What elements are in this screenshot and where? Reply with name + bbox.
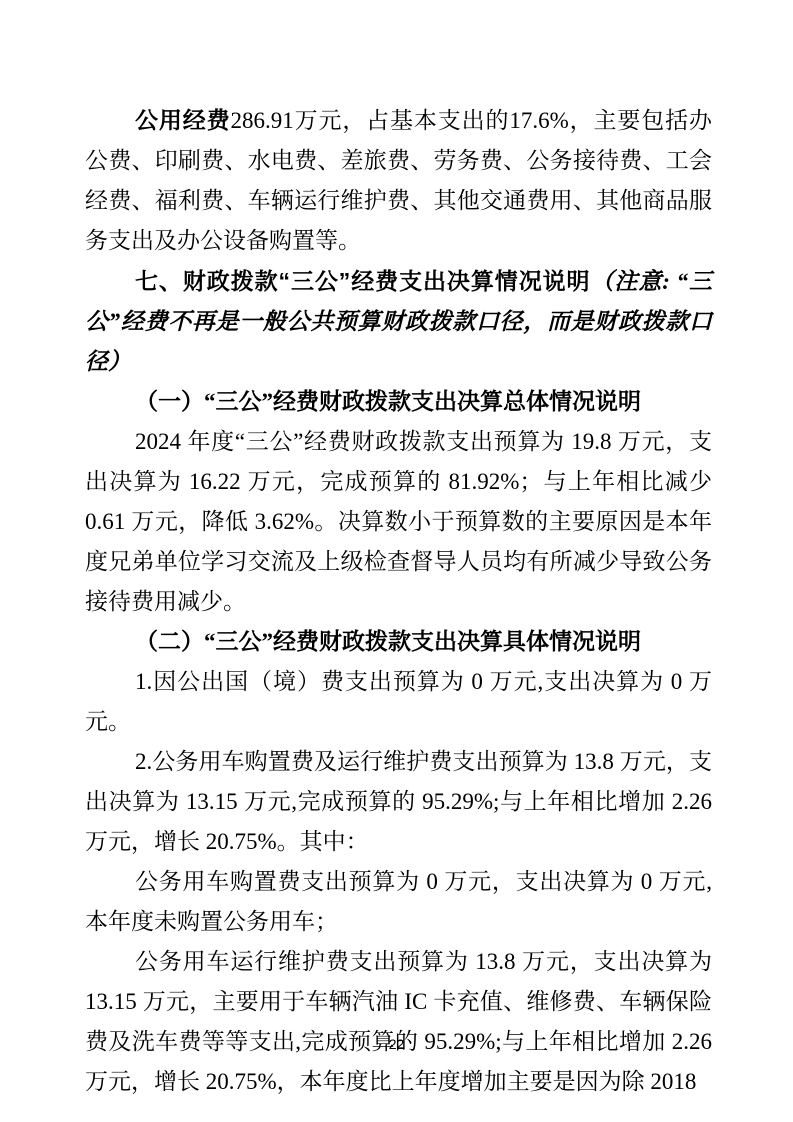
paragraph-vehicle-total: 2.公务用车购置费及运行维护费支出预算为 13.8 万元，支出决算为 13.15… <box>85 742 712 862</box>
paragraph-overall-situation: 2024 年度“三公”经费财政拨款支出预算为 19.8 万元，支出决算为 16.… <box>85 422 712 622</box>
section-seven-title: 七、财政拨款“三公”经费支出决算情况说明 <box>135 268 590 294</box>
paragraph-public-funds: 公用经费286.91万元，占基本支出的17.6%，主要包括办公费、印刷费、水电费… <box>85 101 712 261</box>
paragraph-abroad-expense: 1.因公出国（境）费支出预算为 0 万元,支出决算为 0 万元。 <box>85 662 712 742</box>
document-content: 公用经费286.91万元，占基本支出的17.6%，主要包括办公费、印刷费、水电费… <box>85 101 712 1102</box>
page-number: 22 <box>0 1034 793 1054</box>
paragraph-vehicle-purchase: 公务用车购置费支出预算为 0 万元，支出决算为 0 万元,本年度未购置公务用车； <box>85 862 712 942</box>
subsection-two-heading: （二）“三公”经费财政拨款支出决算具体情况说明 <box>85 622 712 662</box>
public-funds-lead-bold: 公用经费 <box>135 108 230 133</box>
section-seven-heading: 七、财政拨款“三公”经费支出决算情况说明（注意: “三公”经费不再是一般公共预算… <box>85 261 712 382</box>
paragraph-vehicle-maintenance: 公务用车运行维护费支出预算为 13.8 万元，支出决算为 13.15 万元，主要… <box>85 942 712 1102</box>
subsection-one-heading: （一）“三公”经费财政拨款支出决算总体情况说明 <box>85 382 712 422</box>
document-page: 公用经费286.91万元，占基本支出的17.6%，主要包括办公费、印刷费、水电费… <box>0 0 793 1122</box>
